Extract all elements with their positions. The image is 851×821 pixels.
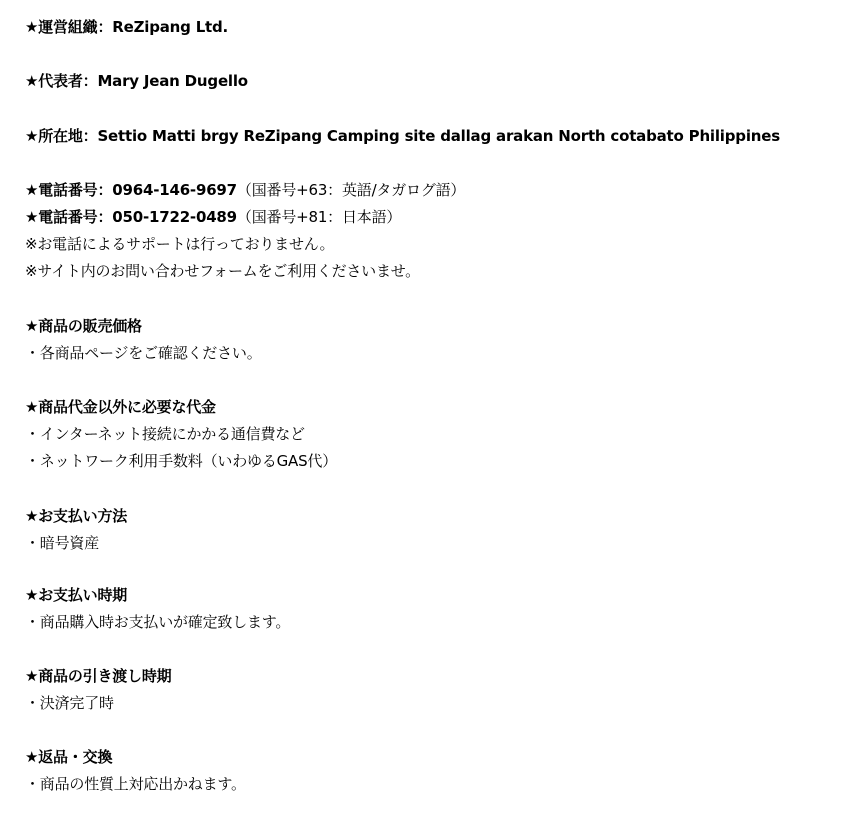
section-item: ・商品購入時お支払いが確定致します。: [25, 609, 290, 636]
phone-number: 050-1722-0489: [112, 208, 237, 226]
phone-note-2: ※サイト内のお問い合わせフォームをご利用くださいませ。: [25, 258, 420, 285]
address-value: Settio Matti brgy ReZipang Camping site …: [97, 127, 780, 145]
phone-note-1: ※お電話によるサポートは行っておりません。: [25, 231, 334, 258]
section-heading-price: ★商品の販売価格: [25, 313, 142, 340]
section-heading-other-costs: ★商品代金以外に必要な代金: [25, 394, 216, 421]
organization-label: ★運営組織：: [25, 18, 112, 36]
section-item: ・暗号資産: [25, 530, 99, 557]
organization-value: ReZipang Ltd.: [112, 18, 228, 36]
phone-number: 0964-146-9697: [112, 181, 237, 199]
section-heading-delivery-timing: ★商品の引き渡し時期: [25, 663, 171, 690]
section-item: ・ネットワーク利用手数料（いわゆるGAS代）: [25, 448, 337, 475]
representative-value: Mary Jean Dugello: [97, 72, 247, 90]
phone-note: （国番号+81：日本語）: [237, 208, 401, 226]
section-item: ・決済完了時: [25, 690, 114, 717]
section-item: ・インターネット接続にかかる通信費など: [25, 421, 305, 448]
section-heading-returns: ★返品・交換: [25, 744, 112, 771]
phone-label: ★電話番号：: [25, 208, 112, 226]
section-item: ・各商品ページをご確認ください。: [25, 340, 262, 367]
phone-row-2: ★電話番号：050-1722-0489（国番号+81：日本語）: [25, 204, 401, 231]
section-heading-payment-method: ★お支払い方法: [25, 503, 127, 530]
address-label: ★所在地：: [25, 127, 97, 145]
address-row: ★所在地：Settio Matti brgy ReZipang Camping …: [25, 123, 780, 150]
phone-note: （国番号+63：英語/タガログ語）: [237, 181, 465, 199]
section-heading-payment-timing: ★お支払い時期: [25, 582, 127, 609]
organization-row: ★運営組織：ReZipang Ltd.: [25, 14, 228, 41]
phone-label: ★電話番号：: [25, 181, 112, 199]
legal-notice-document: ★運営組織：ReZipang Ltd. ★代表者：Mary Jean Dugel…: [0, 0, 851, 821]
section-item: ・商品の性質上対応出かねます。: [25, 771, 246, 798]
representative-row: ★代表者：Mary Jean Dugello: [25, 68, 248, 95]
phone-row-1: ★電話番号：0964-146-9697（国番号+63：英語/タガログ語）: [25, 177, 465, 204]
representative-label: ★代表者：: [25, 72, 97, 90]
